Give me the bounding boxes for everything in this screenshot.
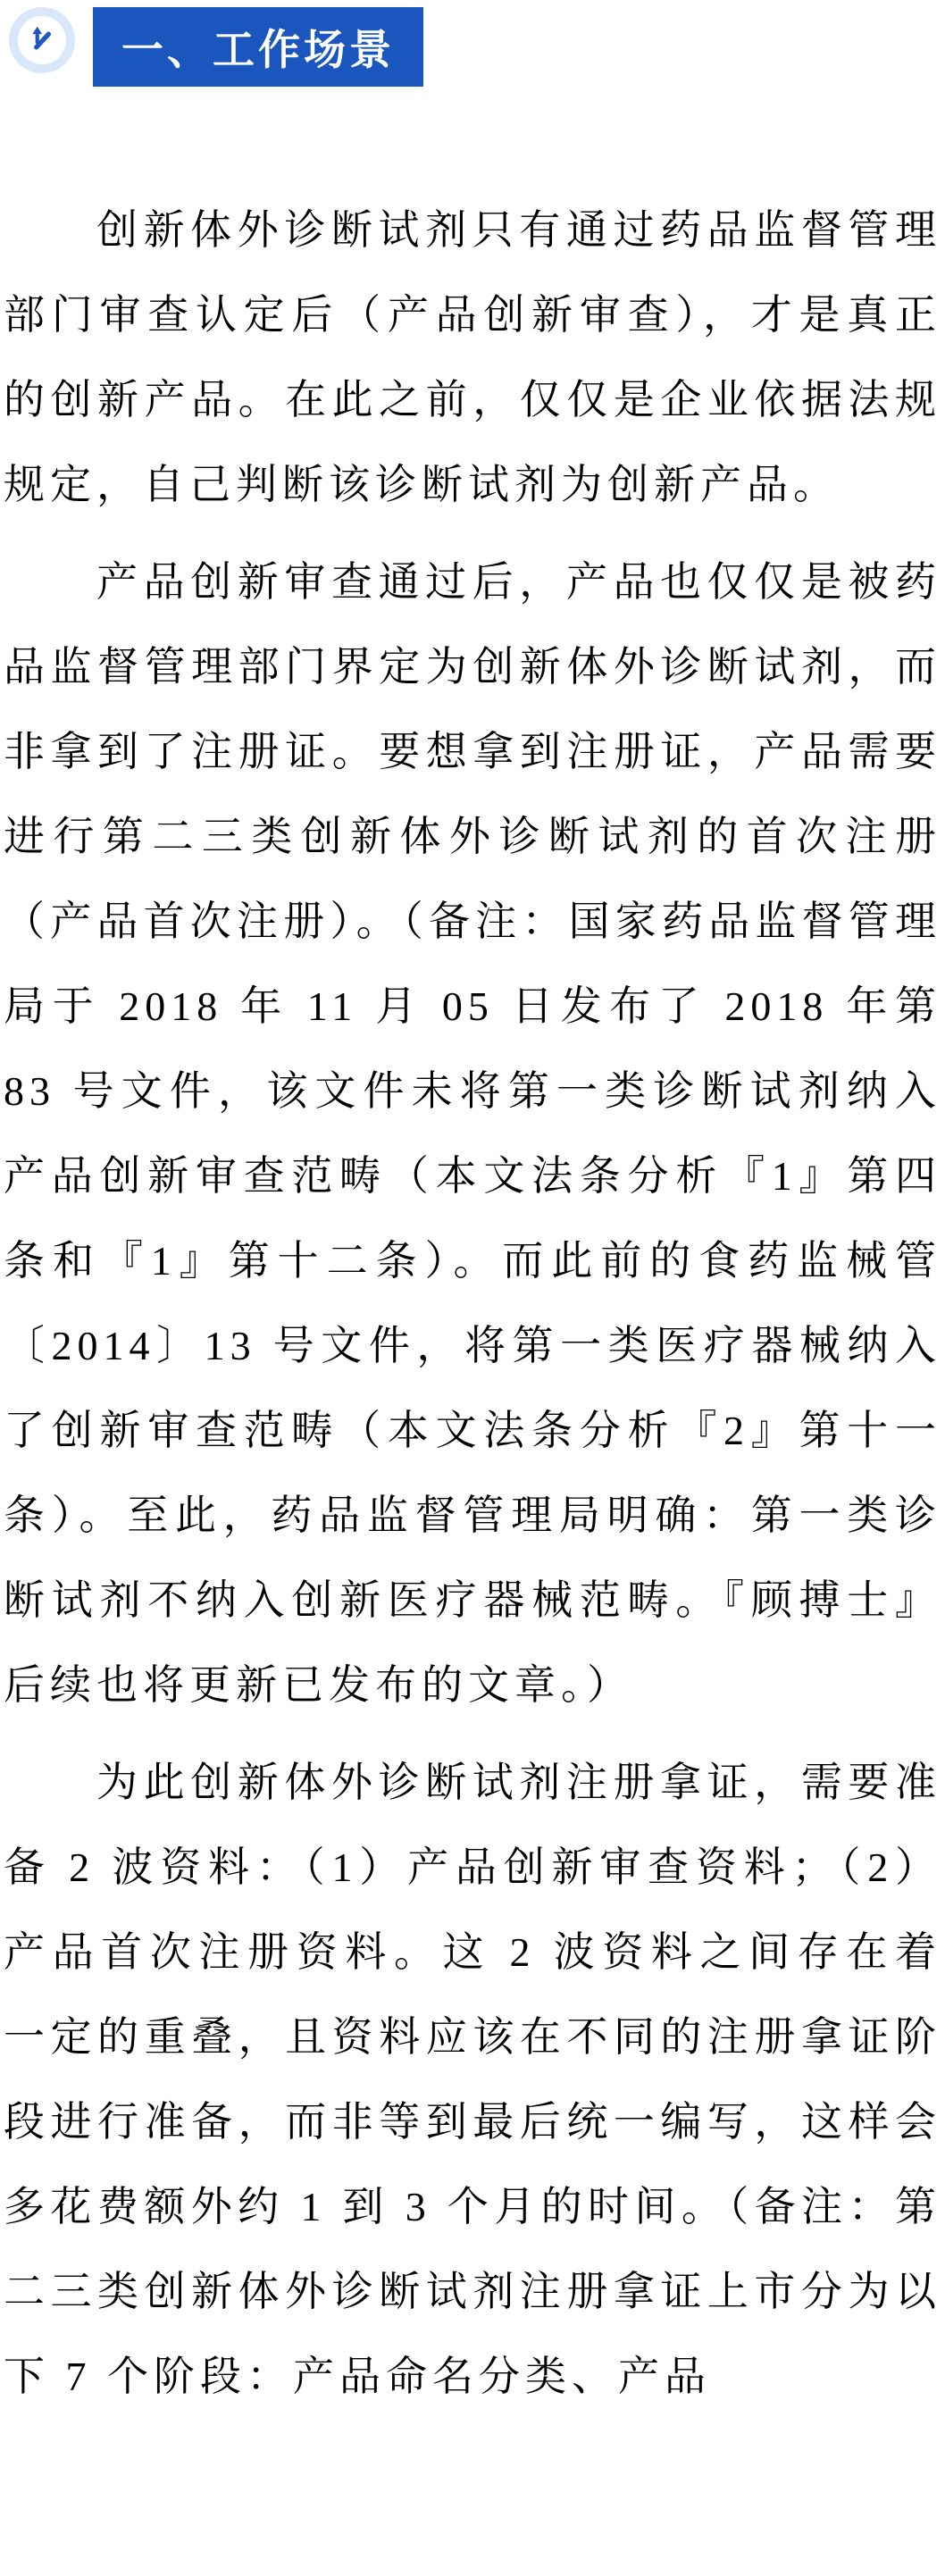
clock-icon [9, 7, 75, 73]
section-header: 一、工作场景 [0, 0, 945, 88]
paragraph-work-scenario-2: 产品创新审查通过后，产品也仅仅是被药品监督管理部门界定为创新体外诊断试剂，而非拿… [4, 539, 941, 1727]
article-body: 创新体外诊断试剂只有通过药品监督管理部门审查认定后（产品创新审查），才是真正的创… [0, 188, 945, 2419]
paragraph-work-scenario-3: 为此创新体外诊断试剂注册拿证，需要准备 2 波资料：（1）产品创新审查资料；（2… [4, 1740, 941, 2419]
document-page: 一、工作场景 创新体外诊断试剂只有通过药品监督管理部门审查认定后（产品创新审查）… [0, 0, 945, 2576]
section-title-badge: 一、工作场景 [93, 7, 423, 87]
paragraph-work-scenario-1: 创新体外诊断试剂只有通过药品监督管理部门审查认定后（产品创新审查），才是真正的创… [4, 188, 941, 527]
section-title: 一、工作场景 [121, 17, 395, 77]
